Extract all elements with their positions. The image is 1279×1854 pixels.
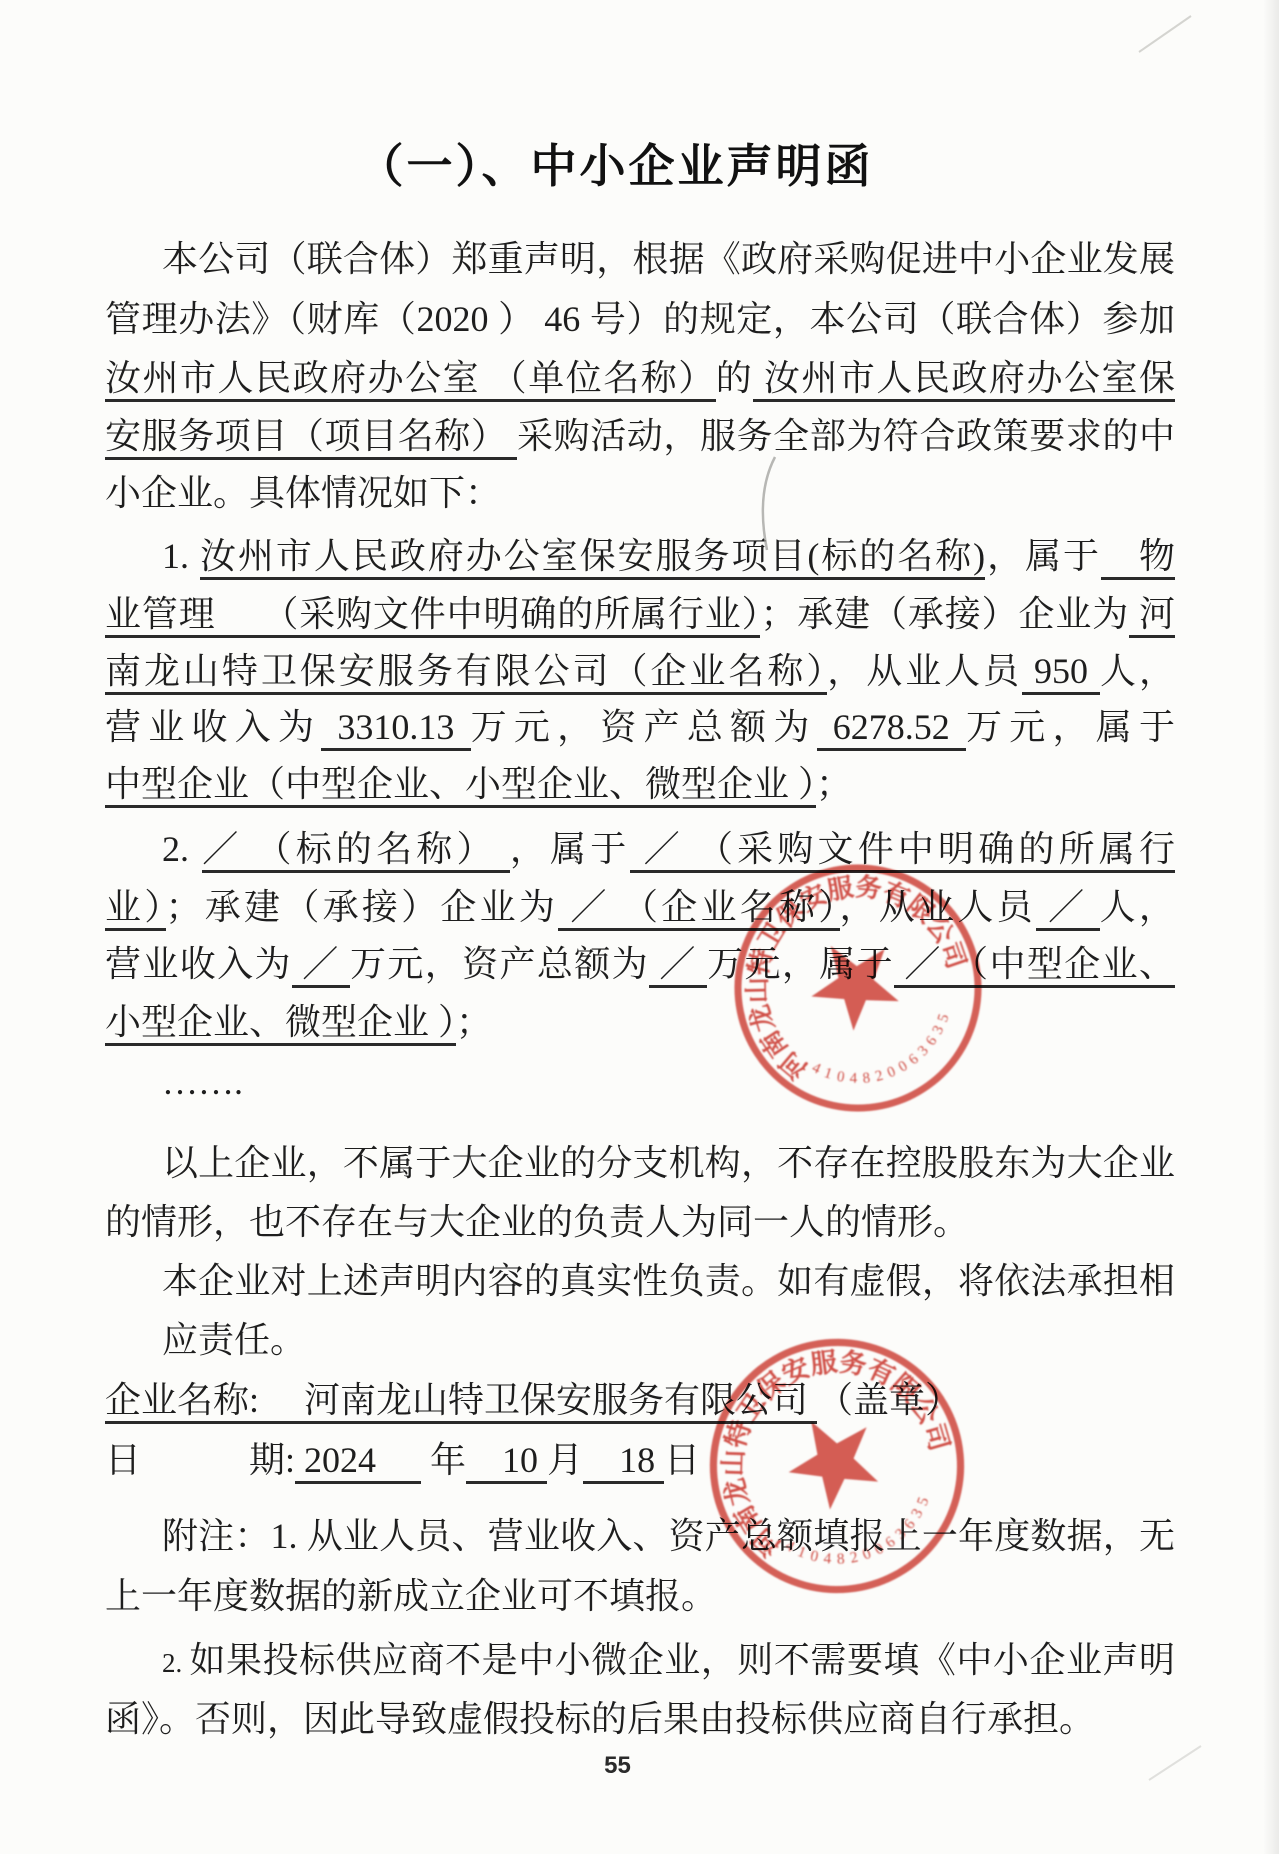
underlined-segment: ／ — [649, 944, 707, 988]
text-line-0: 本公司（联合体）郑重声明，根据《政府采购促进中小企业发展 — [105, 230, 1175, 288]
underlined-segment: 河 — [1129, 594, 1175, 638]
text-line-20: 日 期: 2024 年 10 月 18 日 — [105, 1431, 1175, 1489]
text-segment: 上一年度数据的新成立企业可不填报。 — [105, 1576, 717, 1616]
text-line-21: 附注：1. 从业人员、营业收入、资产总额填报上一年度数据，无 — [105, 1507, 1175, 1565]
underlined-segment: 业管理 （采购文件中明确的所属行业） — [105, 594, 760, 638]
underlined-segment: 汝州市人民政府办公室保安服务项目(标的名称) — [200, 536, 985, 580]
text-segment: ； — [456, 1002, 492, 1042]
text-line-22: 上一年度数据的新成立企业可不填报。 — [105, 1567, 1175, 1625]
text-line-18: 应责任。 — [105, 1311, 1175, 1369]
underlined-segment: 950 — [1022, 651, 1100, 695]
text-segment: 的情形，也不存在与大企业的负责人为同一人的情形。 — [105, 1202, 969, 1242]
underlined-segment: （中型企业、 — [952, 944, 1175, 988]
underlined-segment: ／ （采购文件中明确的所属行 — [630, 829, 1175, 873]
underlined-segment: 18 — [583, 1440, 664, 1484]
underlined-segment: 小型企业、微型企业 ） — [105, 1002, 456, 1046]
text-line-10: 2. ／ （标的名称） ，属于 ／ （采购文件中明确的所属行 — [105, 820, 1175, 878]
text-line-13: 小型企业、微型企业 ）； — [105, 993, 1175, 1051]
underlined-segment: ／ （企业名称） — [558, 887, 839, 931]
text-line-11: 业）；承建（承接）企业为 ／ （企业名称），从业人员 ／ 人， — [105, 878, 1175, 936]
text-segment: 日 期: — [105, 1440, 295, 1480]
underlined-segment: 10 — [466, 1440, 547, 1484]
text-line-12: 营业收入为 ／ 万元，资产总额为 ／ 万元，属于 ／ （中型企业、 — [105, 935, 1175, 993]
text-line-15: 以上企业，不属于大企业的分支机构，不存在控股股东为大企业 — [105, 1134, 1175, 1192]
text-line-14: ……. — [105, 1053, 1175, 1111]
text-segment: 本企业对上述声明内容的真实性负责。如有虚假，将依法承担相 — [162, 1261, 1175, 1301]
text-segment: 本公司（联合体）郑重声明，根据《政府采购促进中小企业发展 — [162, 239, 1175, 279]
text-segment: 万元，属于 — [707, 944, 894, 984]
text-line-16: 的情形，也不存在与大企业的负责人为同一人的情形。 — [105, 1193, 1175, 1251]
underlined-segment: 物 — [1101, 536, 1175, 580]
document-page: （一）、中小企业声明函 本公司（联合体）郑重声明，根据《政府采购促进中小企业发展… — [0, 0, 1279, 1854]
underlined-segment: ／ — [292, 944, 350, 988]
underlined-segment: 6278.52 — [817, 707, 966, 751]
underlined-segment: 业） — [105, 887, 166, 931]
text-line-7: 南龙山特卫保安服务有限公司（企业名称），从业人员 950 人， — [105, 642, 1175, 700]
text-line-2: 汝州市人民政府办公室 （单位名称）的 汝州市人民政府办公室保 — [105, 349, 1175, 407]
text-segment: 函》。否则，因此导致虚假投标的后果由投标供应商自行承担。 — [105, 1699, 1095, 1739]
text-segment: 营业收入为 — [105, 707, 321, 747]
text-segment: 附注：1. 从业人员、营业收入、资产总额填报上一年度数据，无 — [162, 1516, 1175, 1556]
underlined-segment: 中型企业（中型企业、小型企业、微型企业 ） — [105, 764, 816, 808]
page-number: 55 — [0, 1752, 1235, 1780]
underlined-segment: 汝州市人民政府办公室保 — [753, 358, 1175, 402]
underlined-segment: 3310.13 — [321, 707, 470, 751]
text-segment: 管理办法》（财库（2020 ） 46 号）的规定，本公司（联合体）参加 — [105, 299, 1175, 339]
underlined-segment: 2024 — [295, 1440, 421, 1484]
text-segment: 1. — [162, 536, 200, 576]
underlined-segment: ／ — [1036, 887, 1100, 931]
text-segment: 的 — [716, 358, 754, 398]
text-segment: 月 — [547, 1440, 583, 1480]
text-line-1: 管理办法》（财库（2020 ） 46 号）的规定，本公司（联合体）参加 — [105, 290, 1175, 348]
text-segment: 人， — [1100, 651, 1175, 691]
text-segment: ；承建（承接）企业为 — [166, 887, 559, 927]
text-line-24: 函》。否则，因此导致虚假投标的后果由投标供应商自行承担。 — [105, 1690, 1175, 1748]
text-segment: ，从业人员 — [827, 651, 1022, 691]
underlined-segment: 企业名称: — [105, 1380, 259, 1424]
text-segment: ，从业人员 — [840, 887, 1036, 927]
scan-artifact — [1135, 12, 1195, 57]
text-segment: 小企业。具体情况如下： — [105, 473, 501, 513]
text-line-3: 安服务项目（项目名称） 采购活动，服务全部为符合政策要求的中 — [105, 407, 1175, 465]
text-line-9: 中型企业（中型企业、小型企业、微型企业 ）； — [105, 755, 1175, 813]
document-title: （一）、中小企业声明函 — [0, 130, 1255, 196]
text-segment: 营业收入为 — [105, 944, 292, 984]
text-line-6: 业管理 （采购文件中明确的所属行业）；承建（承接）企业为 河 — [105, 585, 1175, 643]
text-line-5: 1. 汝州市人民政府办公室保安服务项目(标的名称)，属于 物 — [105, 527, 1175, 585]
text-segment: ；承建（承接）企业为 — [760, 594, 1129, 634]
text-segment: 以上企业，不属于大企业的分支机构，不存在控股股东为大企业 — [162, 1143, 1175, 1183]
text-segment: 2. — [162, 829, 202, 869]
text-segment: 采购活动，服务全部为符合政策要求的中 — [517, 416, 1175, 456]
scan-edge-shadow — [1263, 0, 1279, 1854]
text-line-17: 本企业对上述声明内容的真实性负责。如有虚假，将依法承担相 — [105, 1252, 1175, 1310]
underlined-segment: ／ （标的名称） — [202, 829, 510, 873]
text-segment: 万元，属于 — [966, 707, 1175, 747]
underlined-segment: 河南龙山特卫保安服务有限公司 — [259, 1380, 817, 1424]
text-segment: 年 — [421, 1440, 466, 1480]
text-segment: ，属于 — [985, 536, 1101, 576]
text-line-23: 2. 如果投标供应商不是中小微企业，则不需要填《中小企业声明 — [105, 1631, 1175, 1692]
text-line-19: 企业名称: 河南龙山特卫保安服务有限公司 （盖章） — [105, 1371, 1175, 1429]
text-line-4: 小企业。具体情况如下： — [105, 464, 1175, 522]
text-segment: 如果投标供应商不是中小微企业，则不需要填《中小企业声明 — [190, 1640, 1175, 1680]
text-segment: 应责任。 — [162, 1320, 306, 1360]
text-segment: ； — [816, 764, 852, 804]
text-segment: 日 — [664, 1440, 700, 1480]
text-segment: 人， — [1100, 887, 1175, 927]
text-segment: 2. — [162, 1648, 190, 1678]
underlined-segment: 南龙山特卫保安服务有限公司（企业名称） — [105, 651, 827, 695]
text-segment: ……. — [162, 1062, 243, 1102]
text-segment: （盖章） — [817, 1380, 961, 1420]
text-segment: 万元，资产总额为 — [350, 944, 649, 984]
underlined-segment: 安服务项目（项目名称） — [105, 416, 517, 460]
underlined-segment: 汝州市人民政府办公室 （单位名称） — [105, 358, 716, 402]
text-segment: 万元，资产总额为 — [471, 707, 817, 747]
underlined-segment: ／ — [894, 944, 952, 988]
text-line-8: 营业收入为 3310.13 万元，资产总额为 6278.52 万元，属于 — [105, 698, 1175, 756]
text-segment: ，属于 — [510, 829, 631, 869]
